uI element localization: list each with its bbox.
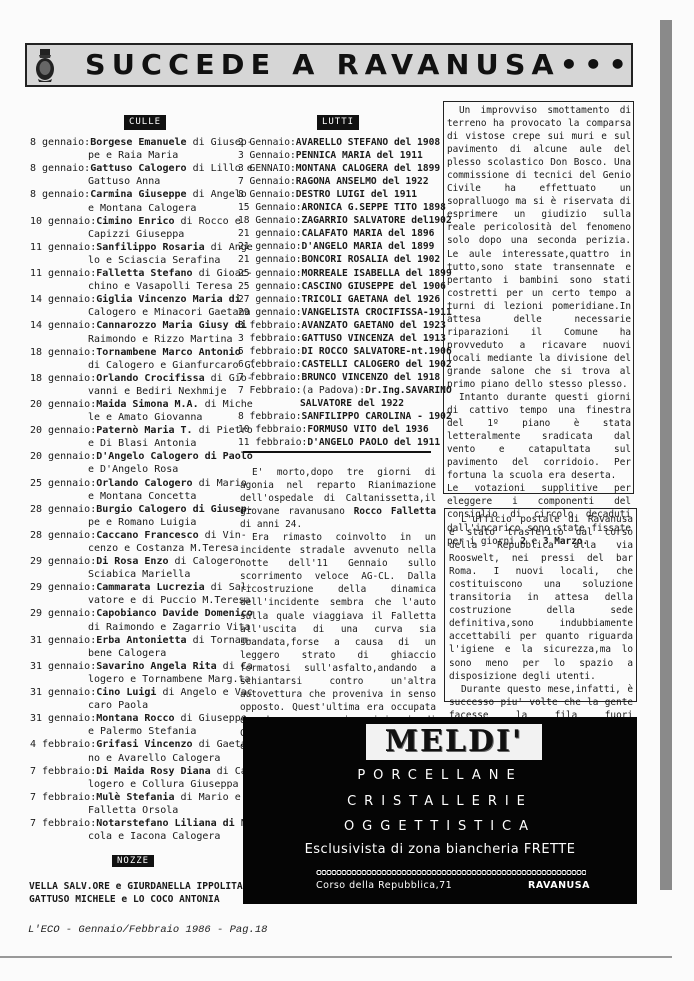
ad-line: OGGETTISTICA [243,819,637,834]
entry-date: 18 Gennaio: [238,215,302,226]
entry-name: TRICOLI GAETANA del 1926 [302,294,441,305]
entry-name: Carmina Giuseppe [90,189,186,200]
entry-name: Cino Luigi [96,687,156,698]
entry-parents-cont: chino e Vasapolli Teresa [30,280,240,293]
birth-entry: 20 gennaio:Paternò Maria T. di Pietroe D… [30,424,240,450]
article-paragraph: Intanto durante questi giorni di cattivo… [447,391,631,482]
entry-name: Caccano Francesco [96,530,198,541]
entry-date: 31 gennaio: [30,635,96,646]
entry-parents-cont: e Di Blasi Antonia [30,437,240,450]
entry-parents-cont: vanni e Bediri Nexhmije [30,385,240,398]
entry-date: 7 febbraio: [30,818,96,829]
entry-name: GATTUSO VINCENZA del 1913 [302,333,446,344]
ad-address: Corso della Repubblica,71 [316,880,452,891]
ad-city: RAVANUSA [528,880,590,891]
article-paragraph: E' morto,dopo tre giorni di agonia nel r… [240,466,436,531]
entry-parents-cont: caro Paola [30,699,240,712]
birth-entry: 4 febbraio:Grifasi Vincenzo di Gaeta-no … [30,738,240,764]
entry-name: Mulè Stefania [96,792,174,803]
entry-name: CALAFATO MARIA del 1896 [302,228,435,239]
entry-parents-cont: Raimondo e Rizzo Martina [30,333,240,346]
entry-parents-cont: bene Calogera [30,647,240,660]
entry-date: 7 febbraio: [30,792,96,803]
entry-parents-cont: e Montana Calogera [30,202,240,215]
entry-date: 21 gennaio: [238,254,302,265]
entry-name: ARONICA G.SEPPE TITO 1898 [302,202,446,213]
entry-name: D'Angelo Calogero di Paolo [96,451,253,462]
birth-entry: 20 gennaio:Maida Simona M.A. di Michele … [30,398,240,424]
entry-parents-cont: e Montana Concetta [30,490,240,503]
birth-entry: 28 gennaio:Burgio Calogero di Giusep-pe … [30,503,240,529]
entry-date: 8 gennaio: [30,137,90,148]
entry-parents-cont: Gattuso Anna [30,175,240,188]
entry-parents-cont: vatore e di Puccio M.Teresa [30,594,240,607]
entry-date: 29 gennaio: [30,608,96,619]
birth-entry: 28 gennaio:Caccano Francesco di Vin-cenz… [30,529,240,555]
death-entry: 2 Gennaio:AVARELLO STEFANO del 1908 [238,136,438,149]
entry-name: CASTELLI CALOGERO del 1902 [302,359,452,370]
entry-date: 20 gennaio: [30,425,96,436]
entry-date: 31 gennaio: [30,713,96,724]
entry-name: SANFILIPPO CAROLINA - 1902 [302,411,452,422]
entry-name: Cannarozzo Maria Giusy di [96,320,247,331]
entry-name: Maida Simona M.A. [96,399,198,410]
birth-entry: 31 gennaio:Erba Antonietta di Tornam-ben… [30,634,240,660]
birth-entry: 20 gennaio:D'Angelo Calogero di Paoloe D… [30,450,240,476]
death-entry: 27 gennaio:TRICOLI GAETANA del 1926 [238,293,438,306]
entry-name: Montana Rocco [96,713,174,724]
section-title: SUCCEDE A RAVANUSA••• [85,48,633,81]
entry-date: 27 gennaio: [238,294,302,305]
entry-name: Paternò Maria T. [96,425,192,436]
article-falletta: E' morto,dopo tre giorni di agonia nel r… [240,466,436,753]
advertisement-meldi: MELDI' PORCELLANE CRISTALLERIE OGGETTIST… [243,717,637,904]
entry-name: AVANZATO GAETANO del 1923 [302,320,446,331]
entry-name: MORREALE ISABELLA del 1899 [302,268,452,279]
entry-parents: di Angelo e Vac [156,687,252,698]
birth-entry: 8 gennaio:Carmina Giuseppe di Angeloe Mo… [30,188,240,214]
entry-date: 20 gennaio: [30,451,96,462]
entry-date: 29 gennaio: [238,307,302,318]
entry-parents: di Calogero [168,556,240,567]
birth-entry: 8 gennaio:Gattuso Calogero di Lillo eGat… [30,162,240,188]
wedding-couple: GATTUSO MICHELE e LO COCO ANTONIA [29,893,243,906]
birth-entry: 29 gennaio:Di Rosa Enzo di CalogeroSciab… [30,555,240,581]
birth-entry: 18 gennaio:Tornambene Marco Antoniodi Ca… [30,346,240,372]
entry-name: Burgio Calogero di Giusep- [96,504,253,515]
page-edge-shadow [660,20,672,890]
entry-date: 10 febbraio: [238,424,307,435]
entry-name: Di Maida Rosy Diana [96,766,210,777]
entry-parents: di Rocco e [175,216,241,227]
births-column: CULLE 8 gennaio:Borgese Emanuele di Gius… [30,115,240,843]
death-entry: 5 febbraio:DI ROCCO SALVATORE-nt.1906 [238,345,438,358]
deaths-column: LUTTI 2 Gennaio:AVARELLO STEFANO del 190… [238,115,438,449]
entry-date: 3 Gennaio: [238,150,296,161]
death-entry: 21 gennaio:D'ANGELO MARIA del 1899 [238,240,438,253]
town-crest-icon [34,48,56,84]
entry-name: Grifasi Vincenzo [96,739,192,750]
entry-date: 25 gennaio: [238,268,302,279]
entry-parents-cont: logero e Collura Giuseppa [30,778,240,791]
entry-date: 11 gennaio: [30,242,96,253]
death-entry: 7 Febbraio:(a Padova):Dr.Ing.SAVARINOSAL… [238,384,438,410]
death-entry: 3 GENNAIO:MONTANA CALOGERA del 1899 [238,162,438,175]
entry-name: BONCORI ROSALIA del 1902 [302,254,441,265]
entry-date: 7 Gennaio: [238,176,296,187]
entry-parents-cont: logero e Tornambene Marg.ta [30,673,240,686]
entry-name: Capobianco Davide Domenico [96,608,253,619]
entry-date: 11 gennaio: [30,268,96,279]
entry-date: 25 gennaio: [238,281,302,292]
wedding-couple: VELLA SALV.ORE e GIURDANELLA IPPOLITA [29,880,243,893]
entry-date: 7 febbraio: [30,766,96,777]
death-entry: 21 gennaio:CALAFATO MARIA del 1896 [238,227,438,240]
entry-date: 5 febbraio: [238,346,302,357]
entry-name: Cimino Enrico [96,216,174,227]
birth-entry: 7 febbraio:Di Maida Rosy Diana di Caloge… [30,765,240,791]
entry-name: Cammarata Lucrezia [96,582,204,593]
entry-parents-cont: no e Avarello Calogera [30,752,240,765]
person-name: Rocco Falletta [354,506,436,517]
entry-date: 31 gennaio: [30,661,96,672]
article-paragraph: Un improvviso smottamento di terreno ha … [447,104,631,391]
entry-name: Tornambene Marco Antonio [96,347,241,358]
deaths-label: LUTTI [317,115,359,130]
death-entry: 29 gennaio:VANGELISTA CROCIFISSA-1911 [238,306,438,319]
entry-name: Dr.Ing.SAVARINO [365,385,452,396]
entry-parents: di Giuseppe [175,713,247,724]
page-bottom-rule [0,956,672,958]
entry-date: 20 gennaio: [30,399,96,410]
entry-date: 29 gennaio: [30,582,96,593]
births-list: 8 gennaio:Borgese Emanuele di Giusep-pe … [30,136,240,843]
entry-date: 11 febbraio: [238,437,307,448]
death-entry: 11 febbraio:D'ANGELO PAOLO del 1911 [238,436,438,449]
entry-parents-cont: le e Amato Giovanna [30,411,240,424]
entry-name: DI ROCCO SALVATORE-nt.1906 [302,346,452,357]
entry-date: 28 gennaio: [30,504,96,515]
entry-parents-cont: di Raimondo e Zagarrio Vita [30,621,240,634]
entry-parents-cont: cola e Iacona Calogera [30,830,240,843]
death-entry: 7 Gennaio:RAGONA ANSELMO del 1922 [238,175,438,188]
birth-entry: 29 gennaio:Capobianco Davide Domenicodi … [30,607,240,633]
death-entry: 8 Gennaio:DESTRO LUIGI del 1911 [238,188,438,201]
birth-entry: 14 gennaio:Cannarozzo Maria Giusy diRaim… [30,319,240,345]
article-box-school: Un improvviso smottamento di terreno ha … [443,101,634,494]
ad-line: CRISTALLERIE [243,794,637,809]
entry-date: 28 gennaio: [30,530,96,541]
article-paragraph: L'ufficio postale di Ravanusa è stato tr… [449,513,633,683]
entry-parents-cont: di Calogero e Gianfurcaro G. [30,359,240,372]
ad-line: PORCELLANE [243,768,637,783]
entry-name: DESTRO LUIGI del 1911 [296,189,417,200]
entry-parents-cont: Calogero e Minacori Gaetana [30,306,240,319]
entry-name: Orlando Calogero [96,478,192,489]
entry-date: 10 gennaio: [30,216,96,227]
entry-date: 8 Gennaio: [238,189,296,200]
entry-date: 4 febbraio: [30,739,96,750]
birth-entry: 29 gennaio:Cammarata Lucrezia di Sal-vat… [30,581,240,607]
entry-date: 8 gennaio: [30,163,90,174]
entry-parents: di Ca [211,766,247,777]
entry-date: 14 gennaio: [30,320,96,331]
entry-name: D'ANGELO MARIA del 1899 [302,241,435,252]
entry-date: 3 febbraio: [238,333,302,344]
entry-name: FORMUSO VITO del 1936 [307,424,428,435]
entry-date: 21 gennaio: [238,241,302,252]
birth-entry: 11 gennaio:Sanfilippo Rosaria di Angelo … [30,241,240,267]
entry-name: VANGELISTA CROCIFISSA-1911 [302,307,452,318]
entry-date: 18 gennaio: [30,347,96,358]
death-entry: 10 febbraio:FORMUSO VITO del 1936 [238,423,438,436]
entry-name: Falletta Stefano [96,268,192,279]
birth-entry: 18 gennaio:Orlando Crocifissa di Gio-van… [30,372,240,398]
entry-name: MONTANA CALOGERA del 1899 [296,163,440,174]
entry-name: BRUNCO VINCENZO del 1918 [302,372,441,383]
birth-entry: 7 febbraio:Mulè Stefania di Mario eFalle… [30,791,240,817]
death-entry: 3 febbraio:AVANZATO GAETANO del 1923 [238,319,438,332]
birth-entry: 31 gennaio:Savarino Angela Rita di Calog… [30,660,240,686]
ad-exclusive-line: Esclusivista di zona biancheria FRETTE [243,842,637,857]
entry-name: Erba Antonietta [96,635,186,646]
column-separator [243,451,431,453]
death-entry: 21 gennaio:BONCORI ROSALIA del 1902 [238,253,438,266]
entry-name: RAGONA ANSELMO del 1922 [296,176,429,187]
birth-entry: 8 gennaio:Borgese Emanuele di Giusep-pe … [30,136,240,162]
entry-name: Borgese Emanuele [90,137,186,148]
entry-date: 3 febbraio: [238,320,302,331]
entry-date: 2 Gennaio: [238,137,296,148]
entry-name: AVARELLO STEFANO del 1908 [296,137,440,148]
entry-date: 21 gennaio: [238,228,302,239]
page-footer: L'ECO - Gennaio/Febbraio 1986 - Pag.18 [28,924,267,936]
entry-date: 29 gennaio: [30,556,96,567]
death-entry: 25 gennaio:CASCINO GIUSEPPE del 1906 [238,280,438,293]
section-header-banner: SUCCEDE A RAVANUSA••• [25,43,633,87]
entry-note: (a Padova): [302,385,366,396]
entry-name: PENNICA MARIA del 1911 [296,150,423,161]
entry-name: Orlando Crocifissa [96,373,204,384]
death-entry: 6 febbraio:CASTELLI CALOGERO del 1902 [238,358,438,371]
entry-name: CASCINO GIUSEPPE del 1906 [302,281,446,292]
entry-parents-cont: lo e Sciascia Serafina [30,254,240,267]
entry-parents: di Mario e [175,792,241,803]
entry-parents: di Mario [193,478,247,489]
entry-name: D'ANGELO PAOLO del 1911 [307,437,440,448]
birth-entry: 11 gennaio:Falletta Stefano di Gioac-chi… [30,267,240,293]
entry-parents-cont: Sciabica Mariella [30,568,240,581]
entry-parents-cont: pe e Raia Maria [30,149,240,162]
entry-name-cont: SALVATORE del 1922 [238,397,438,410]
death-entry: 7 febbraio:BRUNCO VINCENZO del 1918 [238,371,438,384]
entry-parents-cont: Falletta Orsola [30,804,240,817]
weddings-label: NOZZE [112,855,154,867]
chain-border-icon [316,869,586,876]
entry-date: 31 gennaio: [30,687,96,698]
birth-entry: 25 gennaio:Orlando Calogero di Marioe Mo… [30,477,240,503]
entry-date: 18 gennaio: [30,373,96,384]
birth-entry: 31 gennaio:Montana Rocco di Giuseppee Pa… [30,712,240,738]
entry-parents-cont: cenzo e Costanza M.Teresa [30,542,240,555]
entry-date: 8 febbraio: [238,411,302,422]
entry-date: 7 Febbraio: [238,385,302,396]
entry-parents-cont: pe e Romano Luigia [30,516,240,529]
death-entry: 15 Gennaio:ARONICA G.SEPPE TITO 1898 [238,201,438,214]
entry-name: Sanfilippo Rosaria [96,242,204,253]
death-entry: 3 Gennaio:PENNICA MARIA del 1911 [238,149,438,162]
birth-entry: 10 gennaio:Cimino Enrico di Rocco eCapiz… [30,215,240,241]
entry-name: ZAGARRIO SALVATORE del1902 [302,215,452,226]
entry-name: Gattuso Calogero [90,163,186,174]
entry-date: 25 gennaio: [30,478,96,489]
entry-name: Savarino Angela Rita [96,661,216,672]
birth-entry: 31 gennaio:Cino Luigi di Angelo e Vaccar… [30,686,240,712]
entry-name: Notarstefano Liliana di [96,818,234,829]
article-box-post-office: L'ufficio postale di Ravanusa è stato tr… [444,508,637,702]
entry-date: 15 Gennaio: [238,202,302,213]
entry-date: 7 febbraio: [238,372,302,383]
births-label: CULLE [124,115,166,130]
entry-date: 8 gennaio: [30,189,90,200]
entry-parents-cont: Capizzi Giuseppa [30,228,240,241]
entry-date: 6 febbraio: [238,359,302,370]
entry-date: 14 gennaio: [30,294,96,305]
birth-entry: 7 febbraio:Notarstefano Liliana di Nicol… [30,817,240,843]
deaths-list: 2 Gennaio:AVARELLO STEFANO del 19083 Gen… [238,136,438,449]
entry-name: Giglia Vincenzo Maria di [96,294,241,305]
death-entry: 18 Gennaio:ZAGARRIO SALVATORE del1902 [238,214,438,227]
death-entry: 8 febbraio:SANFILIPPO CAROLINA - 1902 [238,410,438,423]
birth-entry: 14 gennaio:Giglia Vincenzo Maria diCalog… [30,293,240,319]
death-entry: 3 febbraio:GATTUSO VINCENZA del 1913 [238,332,438,345]
entry-date: 3 GENNAIO: [238,163,296,174]
entry-parents-cont: e Palermo Stefania [30,725,240,738]
ad-brand-logo: MELDI' [366,724,542,760]
entry-parents-cont: e D'Angelo Rosa [30,463,240,476]
death-entry: 25 gennaio:MORREALE ISABELLA del 1899 [238,267,438,280]
weddings-list: VELLA SALV.ORE e GIURDANELLA IPPOLITA GA… [29,880,243,906]
entry-name: Di Rosa Enzo [96,556,168,567]
